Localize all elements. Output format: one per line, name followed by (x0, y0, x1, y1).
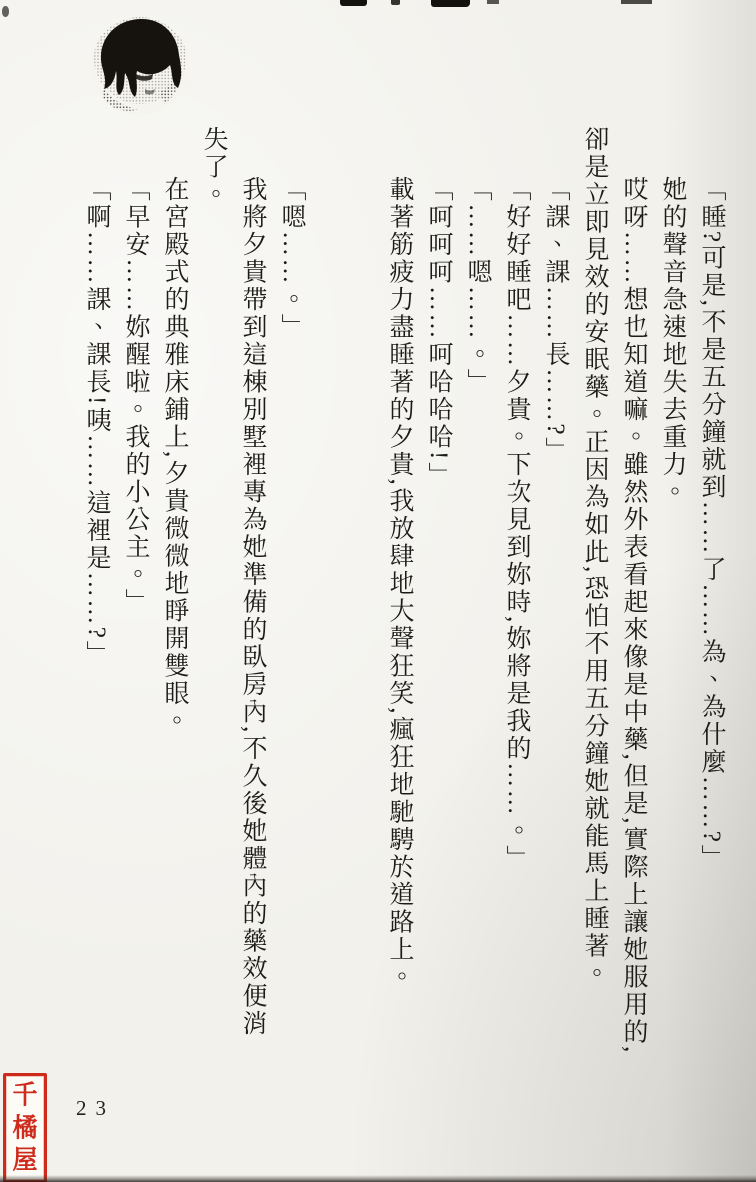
seal-character: 屋 (12, 1147, 37, 1173)
seal-character: 千 (12, 1083, 37, 1109)
publisher-seal-stamp: 千 橘 屋 (3, 1073, 47, 1182)
scan-artifact (340, 0, 367, 6)
paragraph: 「睡?可是,不是五分鐘就到……了……為、為什麼……?」 (692, 126, 731, 1064)
chapter-portrait-image (90, 16, 190, 116)
paragraph: 「好好睡吧……夕貴。下次見到妳時,妳將是我的……。」 (497, 126, 536, 1064)
scan-artifact (621, 0, 652, 4)
paragraph: 我將夕貴帶到這棟別墅裡專為她準備的臥房內,不久後她體內的藥效便消失了。 (194, 126, 272, 1064)
paragraph: 在宮殿式的典雅床鋪上,夕貴微微地睜開雙眼。 (155, 126, 194, 1064)
seal-character: 橘 (12, 1115, 37, 1141)
scanned-book-page: { "page": { "number": "23", "seal": { "c… (0, 0, 756, 1182)
paragraph: 「啊……課、課長!咦……這裡是……?」 (77, 126, 116, 1064)
scan-artifact (431, 0, 470, 7)
scan-artifact (487, 0, 499, 4)
paragraph: 「嗯……。」 (272, 126, 311, 1064)
paragraph: 哎呀……想也知道嘛。雖然外表看起來像是中藥,但是,實際上讓她服用的,卻是立即見效… (575, 126, 653, 1064)
paragraph: 「……嗯……。」 (458, 126, 497, 1064)
portrait-illustration (90, 16, 190, 116)
paragraph: 她的聲音急速地失去重力。 (653, 126, 692, 1064)
page-text: 「睡?可是,不是五分鐘就到……了……為、為什麼……?」 她的聲音急速地失去重力。… (69, 126, 731, 1064)
paragraph: 載著筋疲力盡睡著的夕貴,我放肆地大聲狂笑,瘋狂地馳騁於道路上。 (380, 126, 419, 1064)
page-number: 23 (76, 1096, 115, 1121)
paragraph: 「呵呵呵……呵哈哈哈!」 (419, 126, 458, 1064)
scan-bottom-edge (0, 1175, 756, 1182)
paragraph: 「早安……妳醒啦。我的小公主。」 (116, 126, 155, 1064)
scan-artifact (2, 6, 9, 17)
paragraph: 「課、課……長……?」 (536, 126, 575, 1064)
scan-artifact (391, 0, 400, 5)
